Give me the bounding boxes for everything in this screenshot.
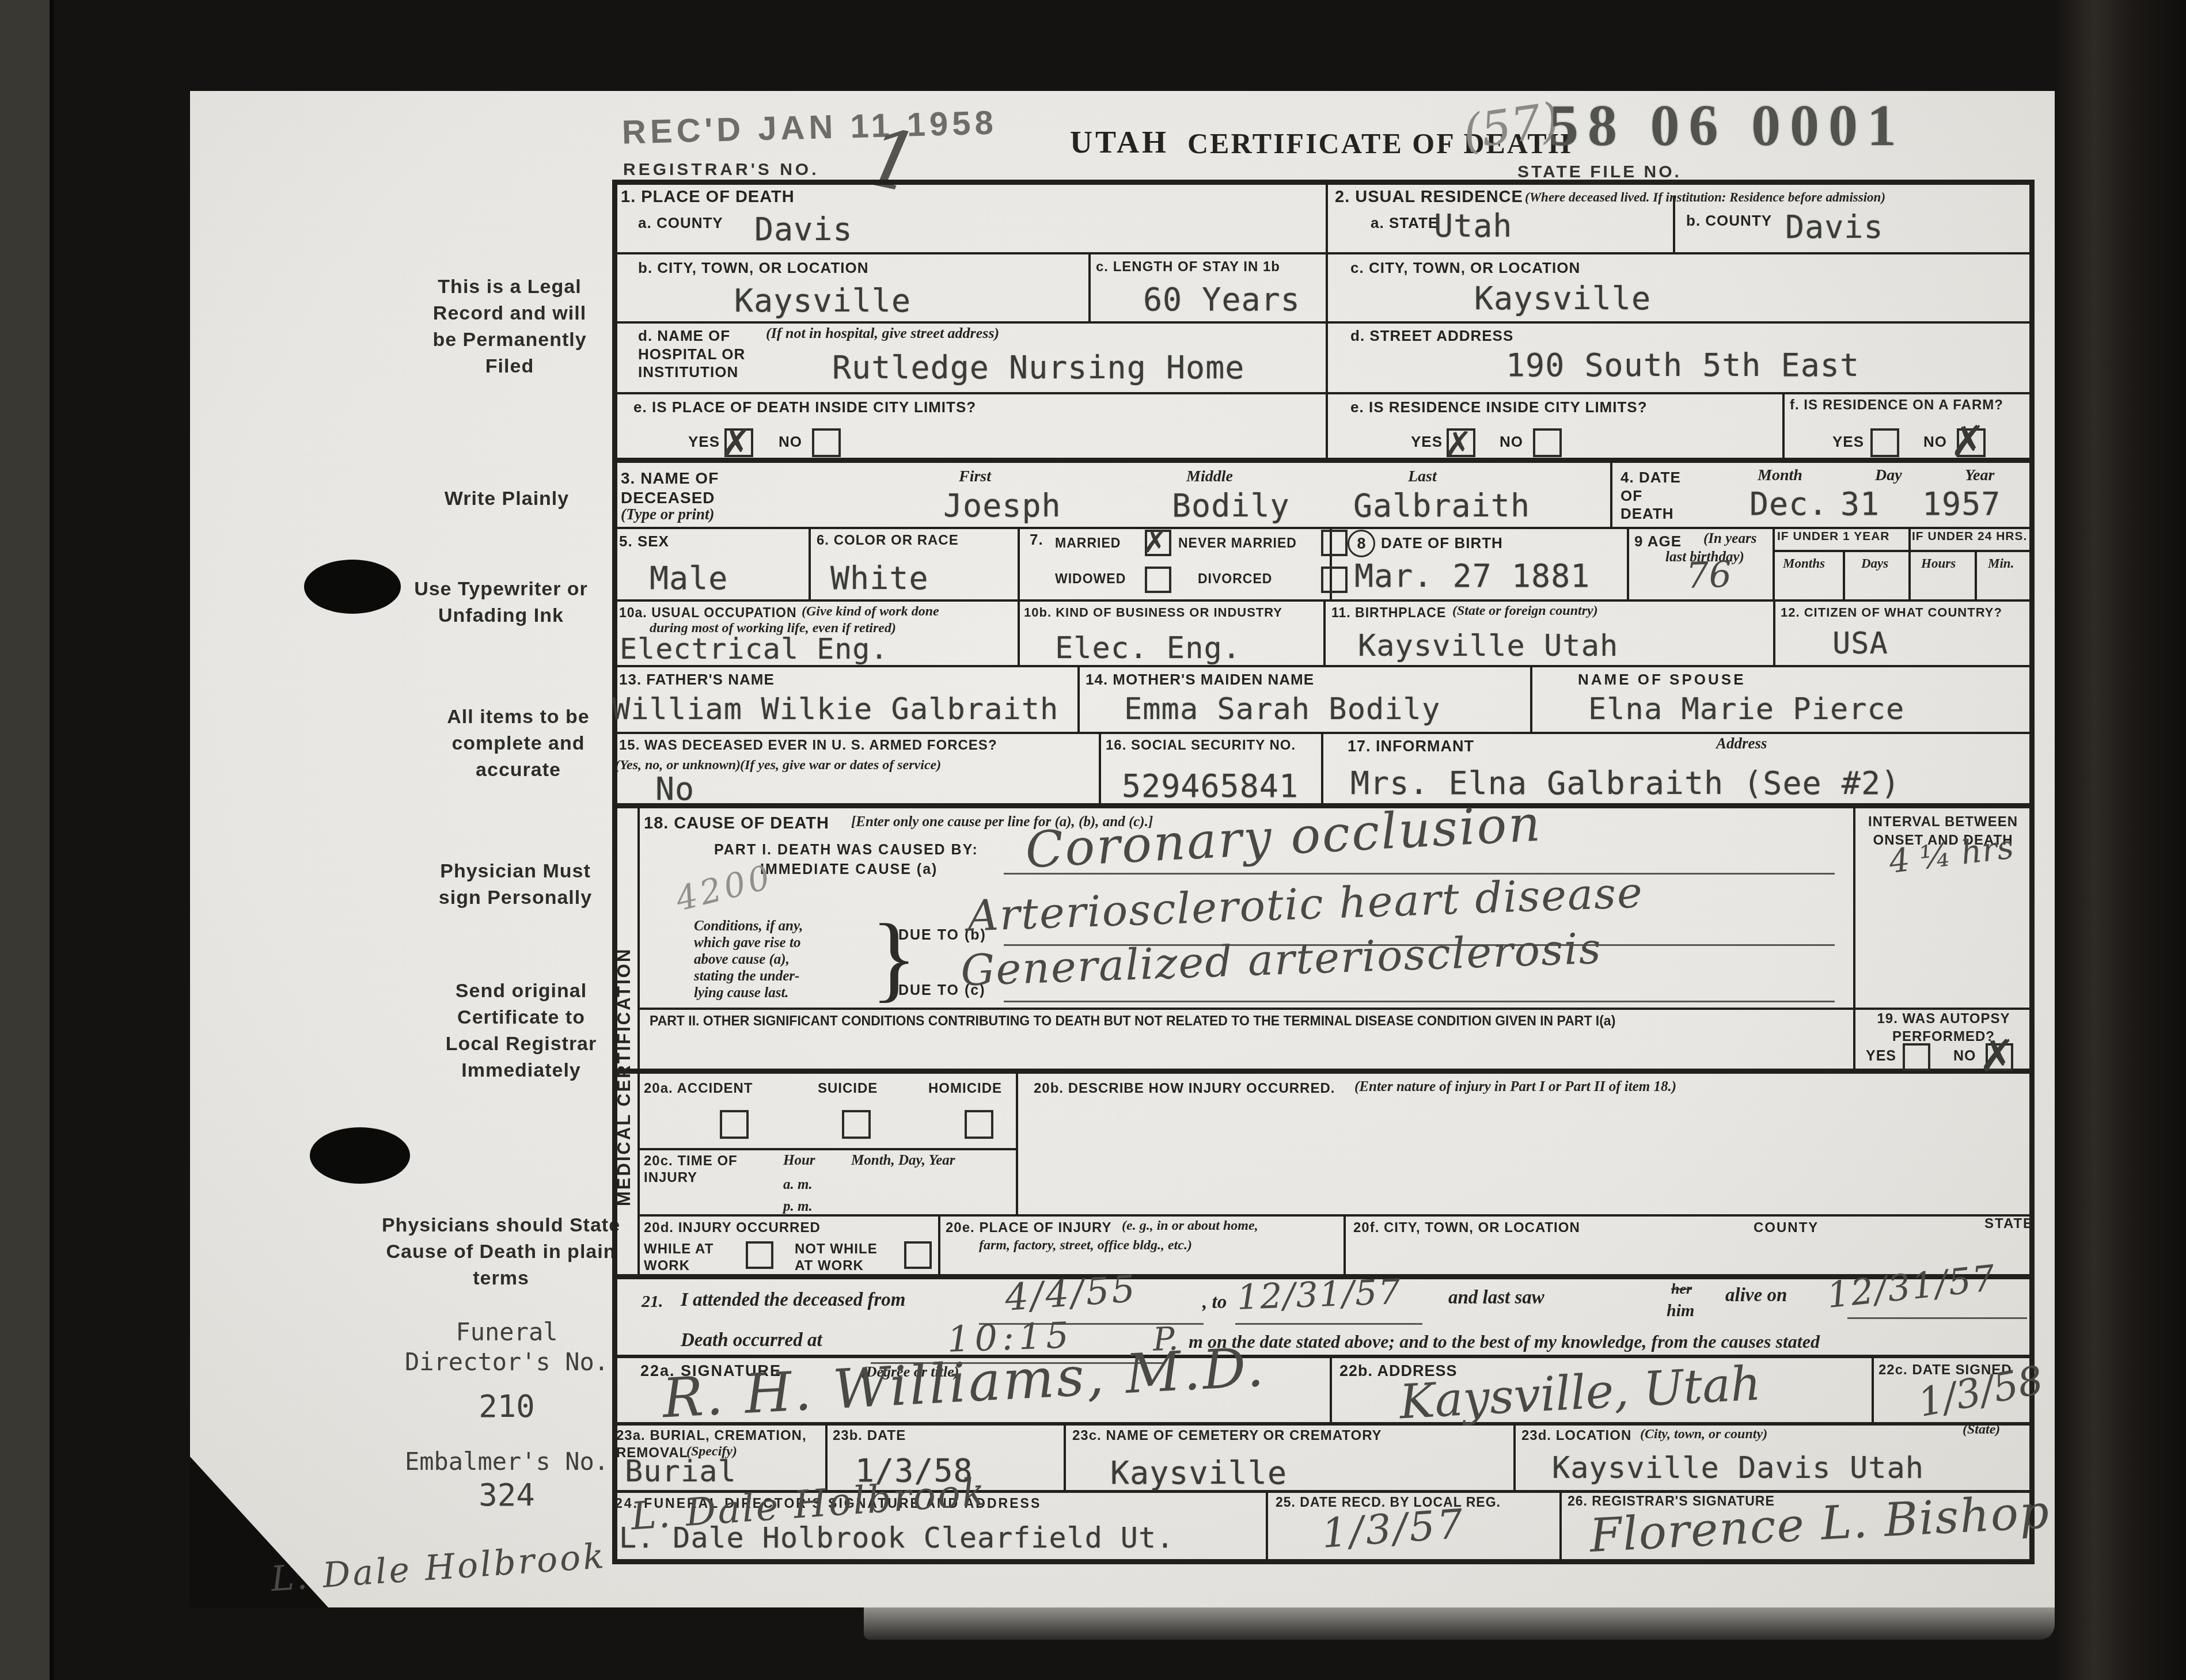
field-18-immediate-label: IMMEDIATE CAUSE (a) <box>760 861 938 878</box>
field-23c-cemetery-label: 23c. NAME OF CEMETERY OR CREMATORY <box>1072 1428 1382 1444</box>
field-23d-location-label: 23d. LOCATION <box>1521 1428 1631 1444</box>
field-25-recd-value: 1/3/57 <box>1320 1500 1466 1557</box>
field-3-middle-value: Bodily <box>1172 487 1290 524</box>
field-20e-place-note2: farm, factory, street, office bldg., etc… <box>979 1238 1192 1253</box>
field-18-cause-label: 18. CAUSE OF DEATH <box>644 814 829 833</box>
checked-x-icon: ✗ <box>720 425 752 463</box>
field-21-attended-pre: I attended the deceased from <box>681 1290 905 1311</box>
field-21-alive-label: alive on <box>1725 1285 1787 1306</box>
funeral-director-no-value: 210 <box>397 1386 616 1426</box>
rule-h <box>1773 550 2032 552</box>
field-20d-while-checkbox <box>746 1241 773 1269</box>
field-1b-city-label: b. CITY, TOWN, OR LOCATION <box>638 259 869 277</box>
scanner-edge-line <box>50 0 54 1680</box>
field-under24-label: IF UNDER 24 HRS. <box>1912 530 2027 543</box>
margin-note-complete: All items to be complete and accurate <box>432 704 605 783</box>
funeral-director-no-label: Funeral Director's No. <box>397 1317 616 1377</box>
field-2b-county-value: Davis <box>1785 208 1884 245</box>
field-9-age-label: 9 AGE <box>1634 533 1682 550</box>
field-20d-while-label: WHILE AT WORK <box>644 1241 719 1275</box>
field-8-birth-label: DATE OF BIRTH <box>1381 534 1503 552</box>
field-8-num-circled: 8 <box>1348 530 1375 557</box>
field-1d-hospital-label: d. NAME OF HOSPITAL OR INSTITUTION <box>638 327 759 382</box>
state-file-no-label: STATE FILE NO. <box>1517 162 1682 182</box>
field-20c-am-label: a. m. <box>783 1177 813 1193</box>
field-20c-mdy-label: Month, Day, Year <box>851 1153 955 1169</box>
field-17-address-label: Address <box>1716 735 1767 752</box>
field-1a-county-label: a. COUNTY <box>638 214 723 232</box>
rule-v <box>612 180 617 1561</box>
field-10b-industry-value: Elec. Eng. <box>1055 631 1241 666</box>
rule-v <box>1530 665 1532 732</box>
field-20f-county-label: COUNTY <box>1754 1220 1819 1236</box>
field-7-nevermarried-label: NEVER MARRIED <box>1178 535 1297 551</box>
field-3-last-head: Last <box>1408 467 1437 486</box>
field-19-yes-label: YES <box>1866 1048 1896 1065</box>
field-spouse-label: NAME OF SPOUSE <box>1578 671 1745 689</box>
registrars-no-label: REGISTRAR'S NO. <box>623 160 819 180</box>
rule-h <box>637 1008 2032 1010</box>
field-7-married-label: MARRIED <box>1055 535 1121 551</box>
field-15-armedforces-value: No <box>655 770 694 807</box>
margin-note-plain-terms: Physicians should State Cause of Death i… <box>357 1212 645 1291</box>
field-18-conditions-note-line: above cause (a), <box>694 952 790 968</box>
field-23c-cemetery-value: Kaysville <box>1110 1454 1287 1491</box>
field-5-sex-value: Male <box>650 560 728 596</box>
field-21-lastsaw-label: and last saw <box>1448 1287 1544 1309</box>
rule-v <box>1266 1491 1268 1560</box>
embalmer-no-label: Embalmer's No. <box>374 1446 639 1477</box>
rule-v <box>1018 599 1020 665</box>
margin-note-write-plainly: Write Plainly <box>392 486 622 512</box>
field-3-first-value: Joesph <box>943 487 1061 524</box>
field-11-birthplace-note: (State or foreign country) <box>1452 603 1598 619</box>
field-17-informant-label: 17. INFORMANT <box>1348 738 1474 755</box>
field-21-attended-to: 12/31/57 <box>1236 1272 1402 1318</box>
field-2c-city-value: Kaysville <box>1474 280 1651 317</box>
field-2c-city-label: c. CITY, TOWN, OR LOCATION <box>1350 259 1580 277</box>
field-23d-state-note: (State) <box>1963 1422 2000 1438</box>
field-5-sex-label: 5. SEX <box>619 533 669 550</box>
rule-v <box>1773 599 1775 665</box>
field-2e-no-label: NO <box>1500 433 1523 451</box>
field-1e-citylimits-label: e. IS PLACE OF DEATH INSIDE CITY LIMITS? <box>633 398 976 416</box>
rule-v <box>938 1214 940 1275</box>
field-14-mother-value: Emma Sarah Bodily <box>1124 692 1440 727</box>
field-2a-state-value: Utah <box>1434 207 1512 244</box>
field-2b-county-label: b. COUNTY <box>1686 212 1772 230</box>
field-11-birthplace-label: 11. BIRTHPLACE <box>1331 605 1446 621</box>
field-20d-notwhile-checkbox <box>904 1241 932 1269</box>
rule-h <box>637 1148 1018 1150</box>
rule-underline-c <box>1004 1001 1835 1002</box>
rule-v <box>1088 252 1091 321</box>
field-23d-location-value: Kaysville Davis Utah <box>1552 1451 1924 1485</box>
rule-h <box>612 1355 2032 1358</box>
rule-h <box>612 180 2035 185</box>
page-bottom-edge <box>864 1607 2055 1640</box>
field-20a-accident-checkbox <box>720 1110 749 1139</box>
field-16-ssn-value: 529465841 <box>1122 767 1299 804</box>
rule-v <box>1016 1074 1018 1215</box>
field-16-ssn-label: 16. SOCIAL SECURITY NO. <box>1106 738 1296 754</box>
field-19-yes-checkbox <box>1903 1043 1930 1071</box>
field-f-yes-checkbox <box>1870 428 1899 457</box>
field-2d-street-value: 190 South 5th East <box>1506 347 1859 383</box>
rule-h <box>612 1069 2035 1074</box>
field-3-last-value: Galbraith <box>1353 487 1530 524</box>
rule-v <box>1843 550 1845 599</box>
checked-x-icon: ✗ <box>1979 1034 2016 1078</box>
field-23a-burial-label1: 23a. BURIAL, CREMATION, <box>616 1428 807 1444</box>
field-6-race-value: White <box>830 560 929 596</box>
field-23a-burial-value: Burial <box>625 1454 737 1489</box>
field-23d-location-note: (City, town, or county) <box>1640 1427 1767 1442</box>
field-20e-place-note1: (e. g., in or about home, <box>1122 1218 1258 1234</box>
field-10b-industry-label: 10b. KIND OF BUSINESS OR INDUSTRY <box>1024 605 1282 620</box>
field-21-to-label: , to <box>1202 1292 1227 1313</box>
field-24-director-typed: L. Dale Holbrook Clearfield Ut. <box>619 1521 1174 1554</box>
field-min-label: Min. <box>1988 556 2014 571</box>
state-file-no-stamp: 58 06 0001 <box>1549 92 1906 159</box>
rule-v <box>1018 527 1020 599</box>
field-18-conditions-note-line: which gave rise to <box>694 935 800 951</box>
checked-x-icon: ✗ <box>1143 527 1168 557</box>
field-2-section-note: (Where deceased lived. If institution: R… <box>1525 190 1885 205</box>
field-23b-date-label: 23b. DATE <box>833 1428 906 1444</box>
field-20f-city-label: 20f. CITY, TOWN, OR LOCATION <box>1353 1220 1580 1236</box>
field-3-name-label: 3. NAME OF DECEASED <box>621 469 747 508</box>
field-18-conditions-note-line: stating the under- <box>694 968 799 985</box>
field-1e-no-label: NO <box>779 433 802 451</box>
field-6-race-label: 6. COLOR OR RACE <box>817 533 959 549</box>
field-13-father-label: 13. FATHER'S NAME <box>619 671 775 689</box>
rule-v <box>1782 392 1785 458</box>
field-4-month-head: Month <box>1758 466 1802 485</box>
field-12-citizen-value: USA <box>1832 626 1888 661</box>
field-1d-hospital-value: Rutledge Nursing Home <box>832 349 1244 386</box>
field-1e-yes-label: YES <box>688 433 720 451</box>
field-18-conditions-note-line: lying cause last. <box>694 985 789 1001</box>
field-days-label: Days <box>1861 556 1888 571</box>
field-20c-pm-label: p. m. <box>783 1199 813 1215</box>
field-12-citizen-label: 12. CITIZEN OF WHAT COUNTRY? <box>1781 605 2002 620</box>
rule-v <box>1872 1356 1874 1423</box>
field-4-month-value: Dec. <box>1749 485 1828 522</box>
field-2e-citylimits-label: e. IS RESIDENCE INSIDE CITY LIMITS? <box>1350 398 1648 416</box>
rule-v <box>1908 527 1911 599</box>
rule-h <box>612 392 2032 394</box>
field-1e-no-checkbox <box>812 428 841 457</box>
rule-h <box>637 1214 2032 1217</box>
margin-note-send-original: Send original Certificate to Local Regis… <box>443 978 599 1084</box>
field-21-num: 21. <box>642 1292 663 1312</box>
rule-v <box>1610 458 1612 527</box>
field-1-section-label: 1. PLACE OF DEATH <box>621 188 795 207</box>
field-9-age-note1: (In years <box>1703 531 1756 547</box>
field-9-age-value: 76 <box>1686 553 1732 597</box>
field-2a-state-label: a. STATE <box>1371 214 1439 232</box>
embalmer-no-value: 324 <box>397 1475 616 1515</box>
field-2e-no-checkbox <box>1533 428 1562 457</box>
field-14-mother-label: 14. MOTHER'S MAIDEN NAME <box>1086 671 1314 689</box>
field-10a-note1: (Give kind of work done <box>802 604 939 619</box>
rule-v <box>1099 732 1101 804</box>
rule-v <box>1326 180 1328 459</box>
field-10a-occupation-value: Electrical Eng. <box>620 632 889 666</box>
field-f-farm-label: f. IS RESIDENCE ON A FARM? <box>1790 397 2003 413</box>
field-7-divorced-label: DIVORCED <box>1198 571 1272 587</box>
rule-underline-21b <box>1235 1323 1422 1325</box>
field-17-informant-value: Mrs. Elna Galbraith (See #2) <box>1350 765 1900 801</box>
rule-h <box>612 321 2032 324</box>
field-7-nevermarried-checkbox <box>1321 530 1348 556</box>
field-7-divorced-checkbox <box>1321 567 1348 593</box>
field-hours-label: Hours <box>1921 556 1956 571</box>
field-2e-yes-label: YES <box>1411 433 1443 451</box>
rule-v <box>1321 732 1323 804</box>
rule-v <box>1323 599 1326 665</box>
field-20a-suicide-label: SUICIDE <box>818 1081 878 1097</box>
field-20a-suicide-checkbox <box>842 1110 871 1139</box>
checked-x-icon: ✗ <box>1950 420 1986 463</box>
margin-note-legal-record: This is a Legal Record and will be Perma… <box>426 273 593 379</box>
field-21-her-label: her <box>1671 1280 1692 1298</box>
field-4-date-label: 4. DATE OF DEATH <box>1620 469 1690 523</box>
field-4-day-head: Day <box>1875 466 1902 485</box>
field-18-part2-label: PART II. OTHER SIGNIFICANT CONDITIONS CO… <box>650 1013 1615 1029</box>
field-20c-time-label: 20c. TIME OF INJURY <box>644 1153 747 1187</box>
book-spine <box>2055 0 2186 1680</box>
field-3-middle-head: Middle <box>1186 467 1233 486</box>
field-20f-state-label: STATE <box>1984 1216 2033 1232</box>
field-3-name-note: (Type or print) <box>621 505 714 523</box>
field-13-father-value: William Wilkie Galbraith <box>612 692 1058 727</box>
field-20a-homicide-checkbox <box>965 1110 993 1139</box>
field-20d-notwhile-label: NOT WHILE AT WORK <box>795 1241 881 1275</box>
rule-v <box>1975 550 1977 599</box>
rule-h <box>612 1559 2035 1564</box>
rule-v <box>1559 1491 1562 1560</box>
margin-note-physician-sign: Physician Must sign Personally <box>432 858 599 911</box>
punch-hole <box>310 1127 410 1184</box>
field-2-section-label: 2. USUAL RESIDENCE <box>1335 188 1523 207</box>
field-7-widowed-label: WIDOWED <box>1055 571 1126 587</box>
field-months-label: Months <box>1783 556 1825 571</box>
rule-h <box>612 527 2032 529</box>
rule-v <box>1064 1423 1066 1491</box>
rule-v <box>2029 180 2035 1561</box>
field-4-year-value: 1957 <box>1922 485 2001 522</box>
rule-underline-21c <box>1847 1317 2027 1319</box>
field-20b-injury-label: 20b. DESCRIBE HOW INJURY OCCURRED. <box>1034 1081 1335 1097</box>
field-19-no-label: NO <box>1953 1048 1976 1065</box>
field-spouse-value: Elna Marie Pierce <box>1588 692 1904 727</box>
margin-note-typewriter: Use Typewriter or Unfading Ink <box>374 576 628 629</box>
rule-v <box>1330 1356 1332 1423</box>
field-4-year-head: Year <box>1965 466 1994 485</box>
field-10a-occupation-label: 10a. USUAL OCCUPATION <box>619 605 797 621</box>
field-20c-hour-label: Hour <box>783 1153 815 1169</box>
field-4-day-value: 31 <box>1840 485 1880 522</box>
field-f-no-label: NO <box>1923 433 1947 451</box>
field-18-part1-label: PART I. DEATH WAS CAUSED BY: <box>714 842 978 858</box>
field-3-first-head: First <box>959 467 991 486</box>
rule-v <box>1853 808 1855 1070</box>
rule-h <box>612 252 2032 254</box>
field-1d-hospital-note: (If not in hospital, give street address… <box>766 325 999 342</box>
certificate-title-utah: UTAH <box>1070 124 1169 160</box>
rule-v <box>1627 527 1629 599</box>
rule-v <box>809 527 811 599</box>
field-8-birth-value: Mar. 27 1881 <box>1354 557 1590 594</box>
field-11-birthplace-value: Kaysville Utah <box>1358 629 1618 663</box>
field-7-widowed-checkbox <box>1145 567 1171 593</box>
medical-certification-strip-label: MEDICAL CERTIFICATION <box>614 898 638 1255</box>
field-20a-accident-label: 20a. ACCIDENT <box>644 1081 753 1097</box>
field-1b-city-value: Kaysville <box>734 282 911 319</box>
rule-v <box>1773 527 1775 599</box>
rule-h <box>612 458 2035 463</box>
field-f-yes-label: YES <box>1832 433 1864 451</box>
field-under1-label: IF UNDER 1 YEAR <box>1777 530 1889 543</box>
scanner-edge-strip <box>0 0 50 1680</box>
rule-v <box>1344 1214 1346 1275</box>
field-20e-place-label: 20e. PLACE OF INJURY <box>946 1220 1112 1236</box>
field-1c-stay-label: c. LENGTH OF STAY IN 1b <box>1096 259 1280 275</box>
field-21-him-label: him <box>1667 1301 1694 1321</box>
field-18-conditions-note-line: Conditions, if any, <box>694 918 803 934</box>
rule-h <box>612 599 2032 602</box>
field-20a-homicide-label: HOMICIDE <box>928 1081 1002 1097</box>
scanned-death-certificate: { "header": { "received_stamp": "REC'D J… <box>0 0 2186 1680</box>
field-7-num-label: 7. <box>1030 531 1043 549</box>
rule-v <box>1513 1423 1516 1491</box>
rule-v <box>1077 665 1080 732</box>
checked-x-icon: ✗ <box>1444 427 1472 461</box>
field-1c-stay-value: 60 Years <box>1143 281 1300 318</box>
field-15-note2: (If yes, give war or dates of service) <box>740 758 941 773</box>
field-21-death-post: m on the date stated above; and to the b… <box>1189 1331 1820 1352</box>
field-21-death-pre: Death occurred at <box>681 1330 822 1351</box>
field-20d-occurred-label: 20d. INJURY OCCURRED <box>644 1220 821 1236</box>
field-15-armedforces-label: 15. WAS DECEASED EVER IN U. S. ARMED FOR… <box>619 738 997 754</box>
field-20b-injury-note: (Enter nature of injury in Part I or Par… <box>1354 1079 1676 1095</box>
field-1a-county-value: Davis <box>754 211 853 248</box>
field-2d-street-label: d. STREET ADDRESS <box>1350 327 1513 345</box>
